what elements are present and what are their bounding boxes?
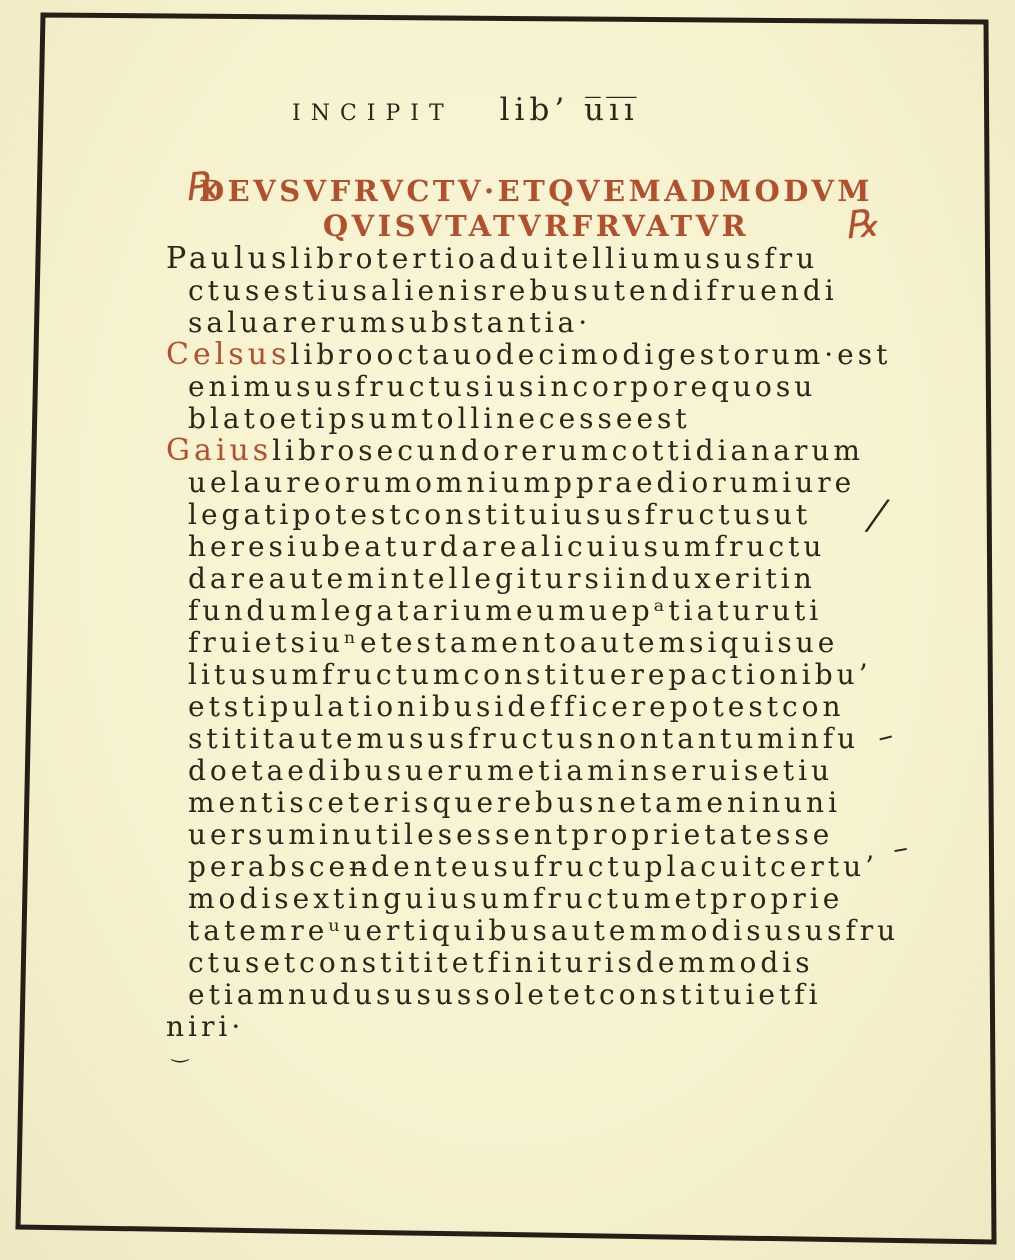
manuscript-line: mentisceterisquerebusnetameninuni: [166, 787, 946, 819]
manuscript-line: litusumfructumconstituerepactionibu’: [166, 659, 946, 691]
rubric-heading-line-1: DEVSVFRVCTV·ETQVEMADMODVM: [180, 174, 892, 209]
manuscript-line: saluarerumsubstantia·: [166, 307, 946, 339]
manuscript-line: Pauluslibrotertioaduitelliumususfru: [166, 243, 946, 275]
manuscript-line: tatemreᵘuertiquibusautemmodisususfru: [166, 915, 946, 947]
manuscript-line: fruietsiuⁿetestamentoautemsiquisue: [166, 627, 946, 659]
line-text: tatemreᵘuertiquibusautemmodisususfru: [188, 914, 899, 947]
manuscript-line: niri·: [166, 1011, 946, 1043]
line-text: etstipulationibusidefficerepotestcon: [188, 690, 845, 723]
line-text: dareautemintellegitursiinduxeritin: [188, 562, 816, 595]
incipit-word: incipit: [292, 92, 454, 128]
rubricated-lead-word: Celsus: [166, 337, 290, 372]
line-text: librooctauodecimodigestorum·est: [290, 338, 891, 371]
manuscript-line: Celsuslibrooctauodecimodigestorum·est: [166, 339, 946, 371]
rubricated-lead-word: Gaius: [166, 433, 272, 468]
line-text: mentisceterisquerebusnetameninuni: [188, 786, 841, 819]
line-text: ctusestiusalienisrebusutendifruendi: [188, 274, 838, 307]
line-text: perabscen̶denteusufructuplacuitcertu’: [188, 850, 878, 883]
manuscript-line: doetaedibusuerumetiaminseruisetiu: [166, 755, 946, 787]
manuscript-line: Gaiuslibrosecundorerumcottidianarum: [166, 435, 946, 467]
line-text: legatipotestconstituiususfructusut: [188, 498, 811, 531]
manuscript-line: dareautemintellegitursiinduxeritin: [166, 563, 946, 595]
line-text: enimususfructusiusincorporequosu: [188, 370, 816, 403]
line-text: fundumlegatariumeumuepᵃtiaturuti: [188, 594, 822, 627]
body-lines: Pauluslibrotertioaduitelliumususfructuse…: [166, 243, 946, 1043]
line-text: etiamnudususussoletetconstituietfi: [188, 978, 822, 1011]
manuscript-line: fundumlegatariumeumuepᵃtiaturuti: [166, 595, 946, 627]
margin-squiggle-mark: ‿: [172, 1036, 188, 1066]
line-text: ctusetconstititetfiniturisdemmodis: [188, 946, 814, 979]
manuscript-line: etiamnudususussoletetconstituietfi: [166, 979, 946, 1011]
line-text: fruietsiuⁿetestamentoautemsiquisue: [188, 626, 838, 659]
line-text: stititautemususfructusnontantuminfu: [188, 722, 859, 755]
manuscript-line: ctusetconstititetfiniturisdemmodis: [166, 947, 946, 979]
manuscript-line: etstipulationibusidefficerepotestcon: [166, 691, 946, 723]
manuscript-page: { "colors": { "paper": "#f6f1cd", "paper…: [0, 0, 1015, 1260]
line-text: uersuminutilesessentproprietatesse: [188, 818, 833, 851]
manuscript-line: modisextinguiusumfructumetproprie: [166, 883, 946, 915]
line-text: doetaedibusuerumetiaminseruisetiu: [188, 754, 833, 787]
incipit-title: incipitlib’ u̅i̅i̅: [292, 92, 639, 128]
manuscript-line: uersuminutilesessentproprietatesse: [166, 819, 946, 851]
line-text: blatoetipsumtollinecesseest: [188, 402, 691, 435]
rubric-heading-line-2: QVISVTATVRFRVATVR: [180, 209, 892, 244]
manuscript-line: legatipotestconstituiususfructusut: [166, 499, 946, 531]
line-text: modisextinguiusumfructumetproprie: [188, 882, 843, 915]
line-text: librosecundorerumcottidianarum: [272, 434, 864, 467]
manuscript-line: stititautemususfructusnontantuminfu: [166, 723, 946, 755]
manuscript-line: uelaureorumomniumppraediorumiure: [166, 467, 946, 499]
manuscript-line: heresiubeaturdarealicuiusumfructu: [166, 531, 946, 563]
rubric-heading: DEVSVFRVCTV·ETQVEMADMODVM QVISVTATVRFRVA…: [180, 174, 892, 244]
paragraph-lead-word: Paulus: [166, 241, 290, 276]
manuscript-line: blatoetipsumtollinecesseest: [166, 403, 946, 435]
line-text: uelaureorumomniumppraediorumiure: [188, 466, 855, 499]
manuscript-line: perabscen̶denteusufructuplacuitcertu’: [166, 851, 946, 883]
manuscript-line: enimususfructusiusincorporequosu: [166, 371, 946, 403]
line-text: heresiubeaturdarealicuiusumfructu: [188, 530, 825, 563]
line-text: librotertioaduitelliumususfru: [290, 242, 818, 275]
line-text: saluarerumsubstantia·: [188, 306, 591, 339]
book-number: lib’ u̅i̅i̅: [500, 92, 639, 128]
line-text: litusumfructumconstituerepactionibu’: [188, 658, 872, 691]
manuscript-line: ctusestiusalienisrebusutendifruendi: [166, 275, 946, 307]
